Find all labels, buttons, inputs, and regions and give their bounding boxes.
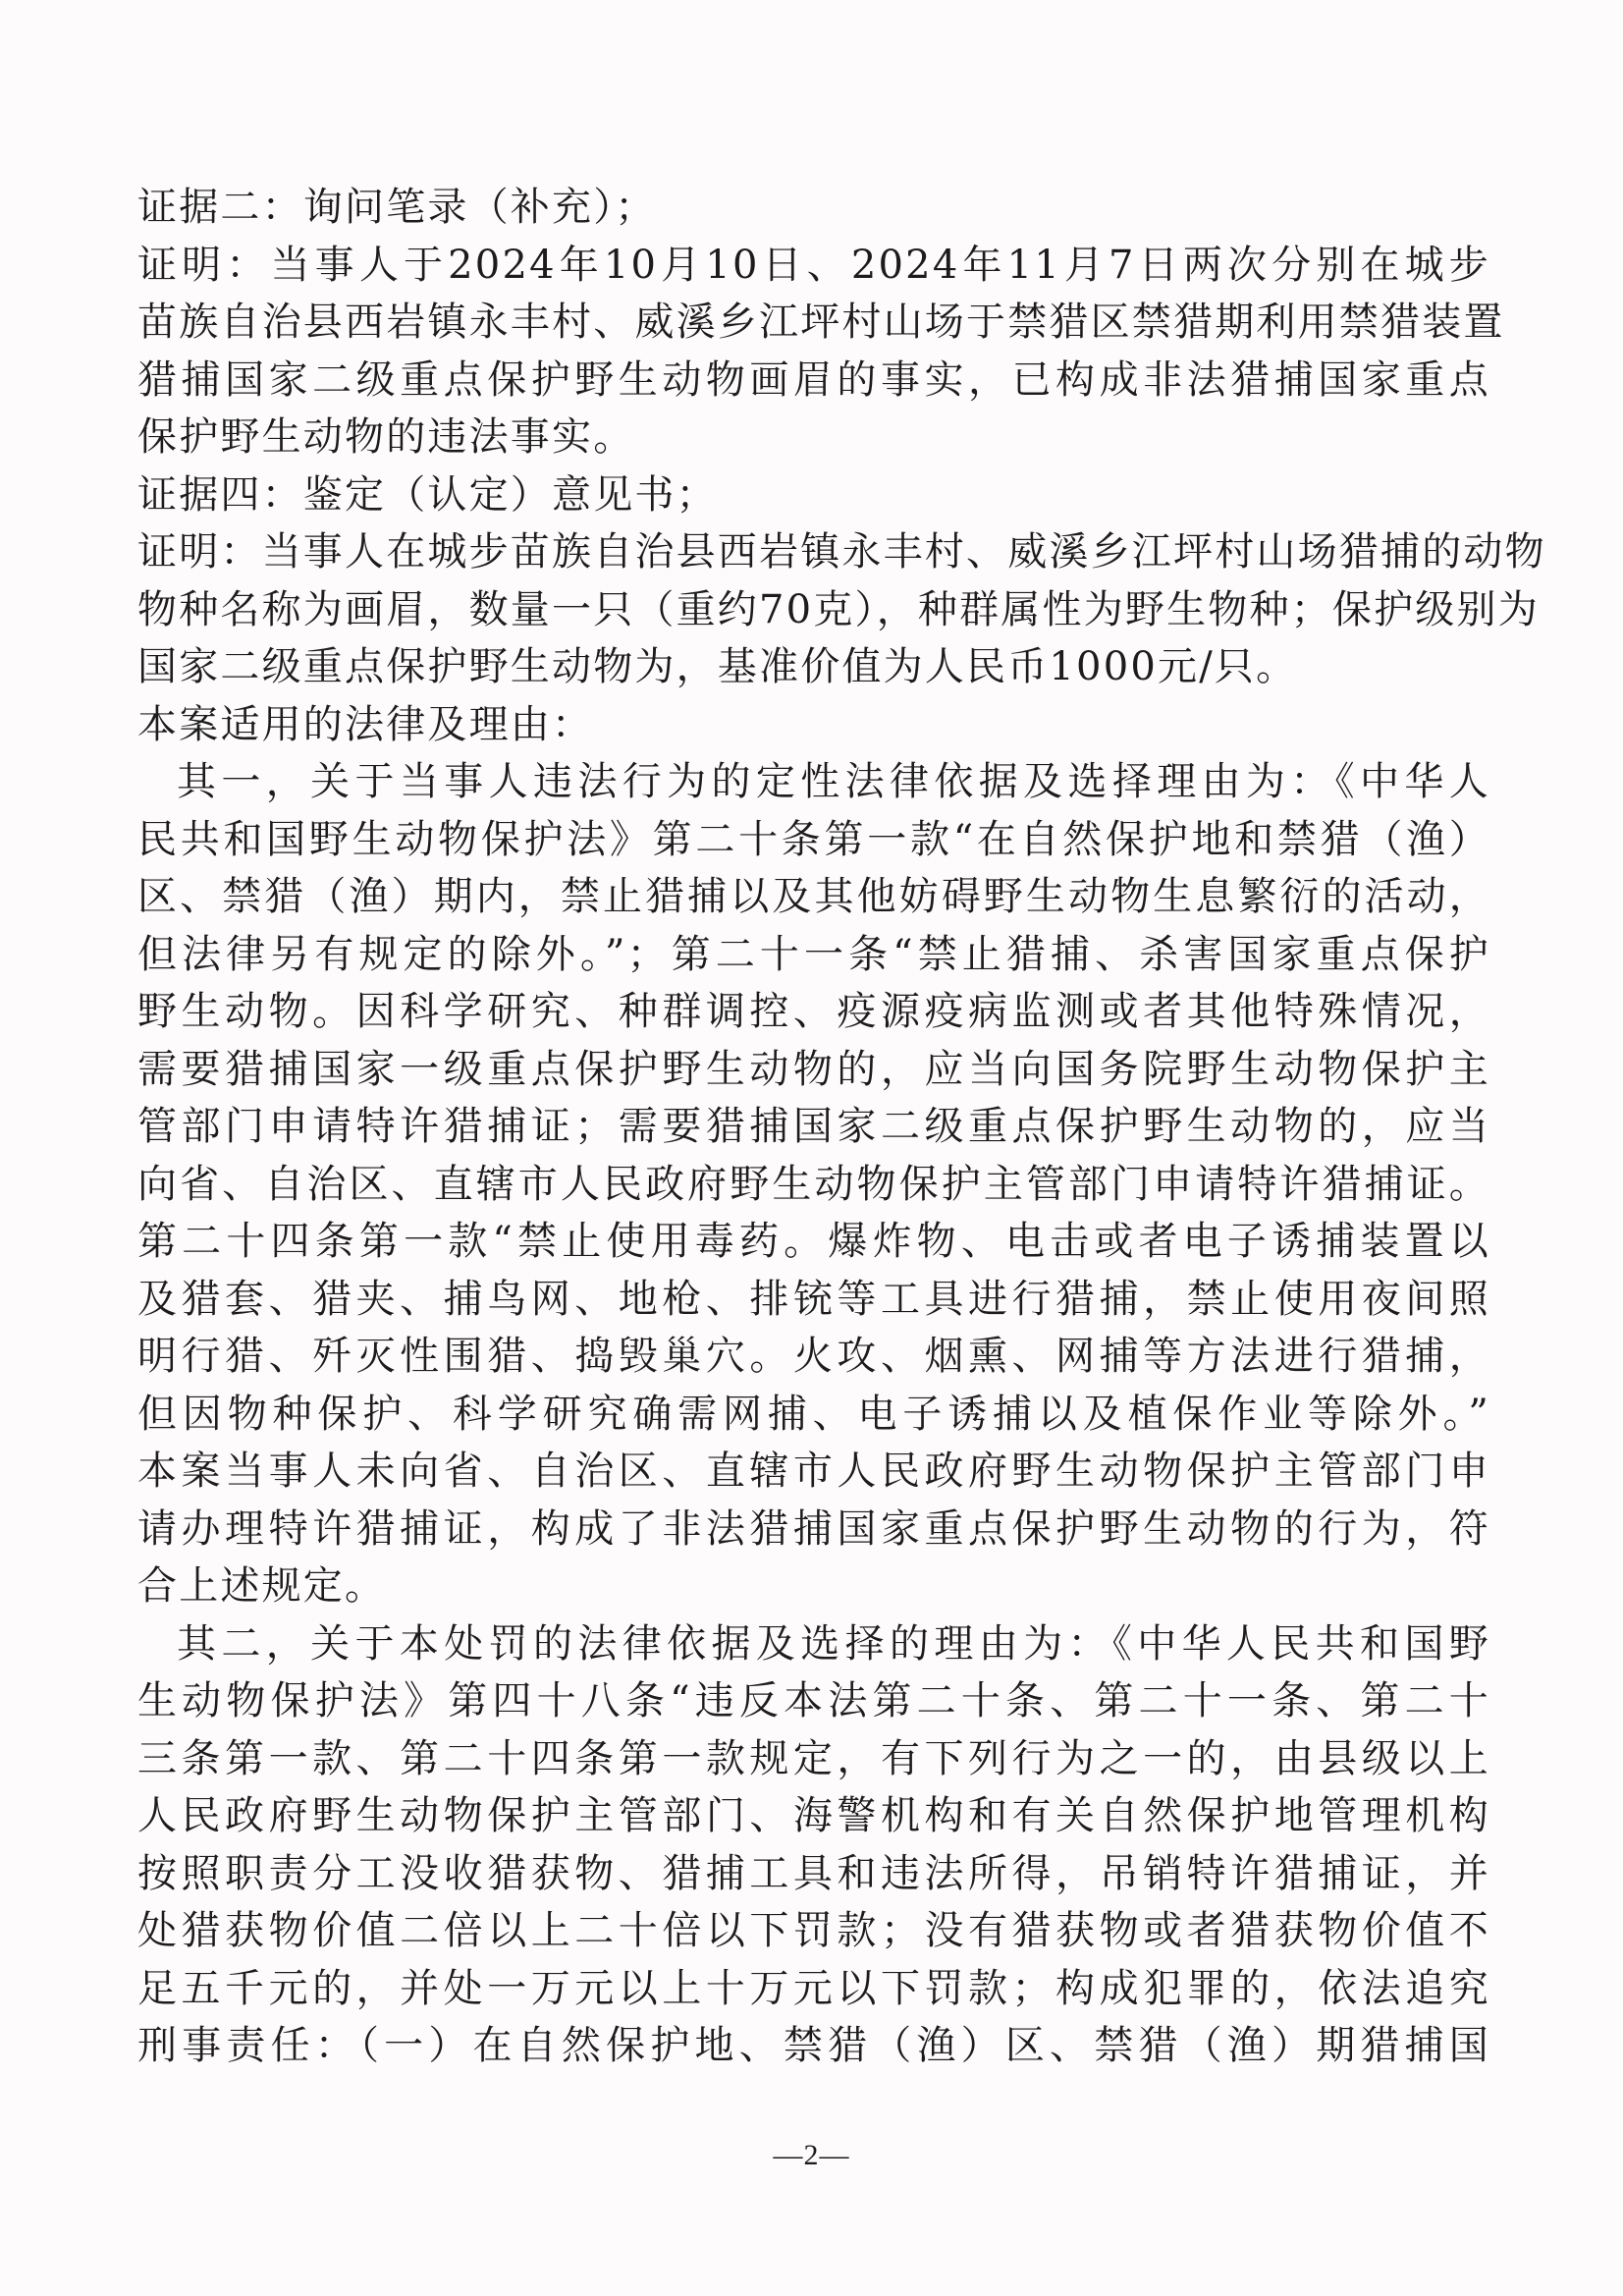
reason-1-line: 合上述规定。 <box>137 1558 1490 1615</box>
evidence-4-proof-line: 证明：当事人在城步苗族自治县西岩镇永丰村、威溪乡江坪村山场猎捕的动物 <box>137 523 1490 581</box>
evidence-2-proof-line: 证明：当事人于2024年10月10日、2024年11月7日两次分别在城步 <box>137 237 1490 295</box>
reason-2-line: 处猎获物价值二倍以上二十倍以下罚款；没有猎获物或者猎获物价值不 <box>137 1902 1490 1960</box>
reason-2-line: 刑事责任：（一）在自然保护地、禁猎（渔）区、禁猎（渔）期猎捕国 <box>137 2017 1490 2075</box>
reason-2-line: 人民政府野生动物保护主管部门、海警机构和有关自然保护地管理机构 <box>137 1787 1490 1845</box>
reason-1-line: 第二十四条第一款“禁止使用毒药。爆炸物、电击或者电子诱捕装置以 <box>137 1213 1490 1271</box>
page-number: —2— <box>0 2139 1623 2172</box>
applicable-law-heading: 本案适用的法律及理由： <box>137 696 1490 754</box>
evidence-2-proof-line: 猎捕国家二级重点保护野生动物画眉的事实，已构成非法猎捕国家重点 <box>137 352 1490 410</box>
reason-2-line: 按照职责分工没收猎获物、猎捕工具和违法所得，吊销特许猎捕证，并 <box>137 1845 1490 1903</box>
reason-1-line: 向省、自治区、直辖市人民政府野生动物保护主管部门申请特许猎捕证。 <box>137 1156 1490 1214</box>
reason-1-line: 民共和国野生动物保护法》第二十条第一款“在自然保护地和禁猎（渔） <box>137 811 1490 869</box>
evidence-4-proof-line: 物种名称为画眉，数量一只（重约70克），种群属性为野生物种；保护级别为 <box>137 581 1490 639</box>
reason-1-line: 本案当事人未向省、自治区、直辖市人民政府野生动物保护主管部门申 <box>137 1443 1490 1501</box>
evidence-4-title: 证据四：鉴定（认定）意见书； <box>137 466 1490 524</box>
reason-2-line: 足五千元的，并处一万元以上十万元以下罚款；构成犯罪的，依法追究 <box>137 1960 1490 2018</box>
evidence-2-title: 证据二：询问笔录（补充）； <box>137 179 1490 237</box>
reason-1-line: 区、禁猎（渔）期内，禁止猎捕以及其他妨碍野生动物生息繁衍的活动， <box>137 868 1490 926</box>
evidence-2-proof-line: 苗族自治县西岩镇永丰村、威溪乡江坪村山场于禁猎区禁猎期利用禁猎装置 <box>137 294 1490 352</box>
reason-1-line: 需要猎捕国家一级重点保护野生动物的，应当向国务院野生动物保护主 <box>137 1041 1490 1099</box>
reason-1-line: 但因物种保护、科学研究确需网捕、电子诱捕以及植保作业等除外。” <box>137 1386 1490 1444</box>
document-body: 证据二：询问笔录（补充）； 证明：当事人于2024年10月10日、2024年11… <box>137 179 1490 2075</box>
reason-2-line: 其二，关于本处罚的法律依据及选择的理由为：《中华人民共和国野 <box>137 1615 1490 1673</box>
evidence-4-proof-line: 国家二级重点保护野生动物为，基准价值为人民币1000元/只。 <box>137 638 1490 696</box>
reason-1-line: 但法律另有规定的除外。”；第二十一条“禁止猎捕、杀害国家重点保护 <box>137 926 1490 984</box>
reason-2-line: 三条第一款、第二十四条第一款规定，有下列行为之一的，由县级以上 <box>137 1730 1490 1788</box>
reason-2-line: 生动物保护法》第四十八条“违反本法第二十条、第二十一条、第二十 <box>137 1672 1490 1730</box>
reason-1-line: 明行猎、歼灭性围猎、捣毁巢穴。火攻、烟熏、网捕等方法进行猎捕， <box>137 1328 1490 1386</box>
reason-1-line: 其一，关于当事人违法行为的定性法律依据及选择理由为：《中华人 <box>137 753 1490 811</box>
reason-1-line: 管部门申请特许猎捕证；需要猎捕国家二级重点保护野生动物的，应当 <box>137 1098 1490 1156</box>
reason-1-line: 请办理特许猎捕证，构成了非法猎捕国家重点保护野生动物的行为，符 <box>137 1501 1490 1558</box>
reason-1-line: 野生动物。因科学研究、种群调控、疫源疫病监测或者其他特殊情况， <box>137 983 1490 1041</box>
reason-1-line: 及猎套、猎夹、捕鸟网、地枪、排铳等工具进行猎捕，禁止使用夜间照 <box>137 1271 1490 1329</box>
evidence-2-proof-line: 保护野生动物的违法事实。 <box>137 409 1490 466</box>
